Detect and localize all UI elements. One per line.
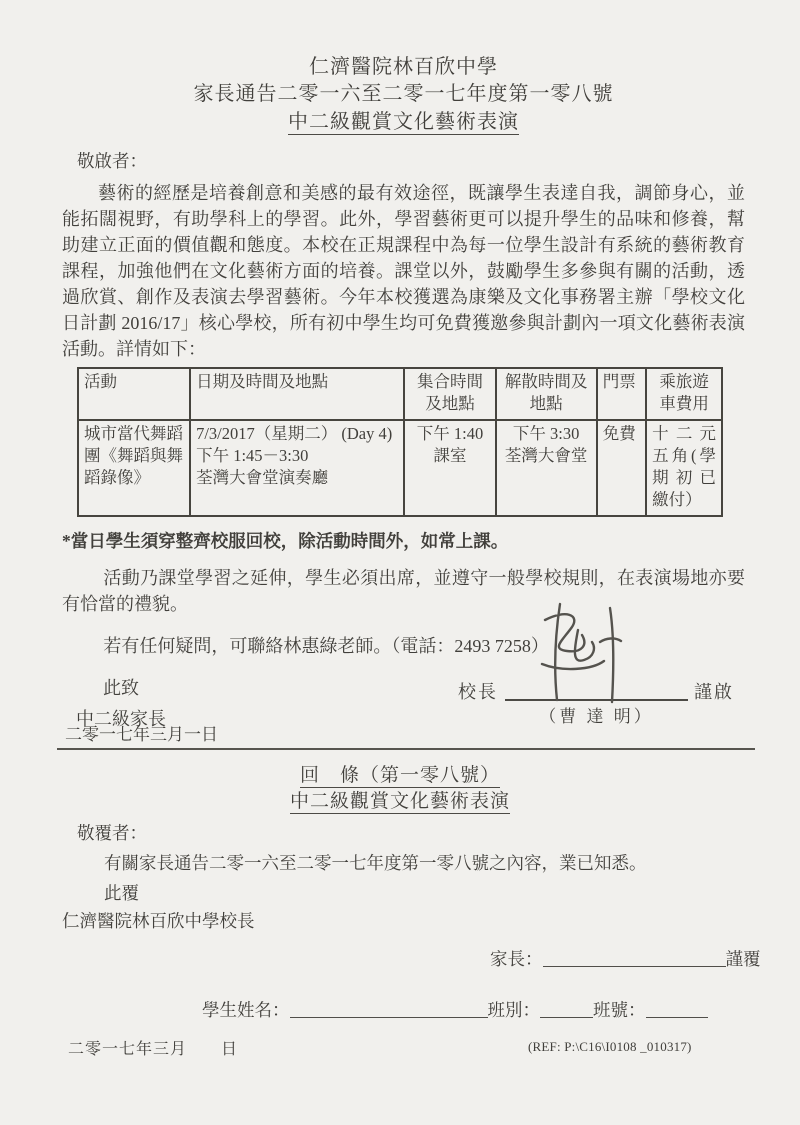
reply-addressee: 仁濟醫院林百欣中學校長 <box>62 908 255 933</box>
col-header-dismissal: 解散時間及地點 <box>496 368 597 420</box>
student-info-row: 學生姓名：班別：班號： <box>202 997 708 1022</box>
reply-slip-subtitle: 中二級觀賞文化藝術表演 <box>0 786 800 813</box>
class-no-blank <box>646 1000 708 1018</box>
col-header-fee: 乘旅遊車費用 <box>646 368 722 420</box>
principal-label: 校長 <box>458 678 498 704</box>
body-paragraph-1: 藝術的經歷是培養創意和美感的最有效途徑，既讓學生表達自我，調節身心，並能拓闊視野… <box>62 180 745 362</box>
col-header-ticket: 門票 <box>597 368 646 420</box>
col-header-activity: 活動 <box>78 368 190 420</box>
file-reference: (REF: P:\C16\I0108 _010317) <box>528 1039 692 1055</box>
col-header-assembly: 集合時間及地點 <box>404 368 495 420</box>
class-label: 班別： <box>488 1000 541 1020</box>
parent-respectfully-label: 謹覆 <box>726 949 761 969</box>
reply-body: 有關家長通告二零一六至二零一七年度第一零八號之內容，業已知悉。 <box>104 850 647 875</box>
reply-closing: 此覆 <box>104 880 139 905</box>
class-no-label: 班號： <box>593 1000 646 1020</box>
student-name-label: 學生姓名： <box>202 1000 290 1020</box>
reply-salutation: 敬覆者： <box>77 820 147 845</box>
reply-date: 二零一七年三月 日 <box>68 1036 238 1059</box>
principal-signature-scribble <box>520 600 645 708</box>
table-row: 城市當代舞蹈團《舞蹈與舞蹈錄像》 7/3/2017（星期二） (Day 4) 下… <box>78 420 722 516</box>
school-name: 仁濟醫院林百欣中學 <box>62 54 745 80</box>
event-details-table: 活動 日期及時間及地點 集合時間及地點 解散時間及地點 門票 乘旅遊車費用 城市… <box>77 367 723 517</box>
col-header-datetime: 日期及時間及地點 <box>190 368 404 420</box>
cell-assembly: 下午 1:40 課室 <box>404 420 495 516</box>
parent-signature-blank <box>543 949 726 967</box>
cell-ticket: 免費 <box>597 420 646 516</box>
parent-signature-row: 家長：謹覆 <box>490 946 761 971</box>
cell-activity: 城市當代舞蹈團《舞蹈與舞蹈錄像》 <box>78 420 190 516</box>
respectfully-label: 謹啟 <box>694 678 734 704</box>
class-blank <box>540 1000 593 1018</box>
cell-dismissal: 下午 3:30 荃灣大會堂 <box>496 420 597 516</box>
student-name-blank <box>290 1000 488 1018</box>
salutation: 敬啟者： <box>77 148 745 173</box>
uniform-note: *當日學生須穿整齊校服回校，除活動時間外，如常上課。 <box>62 528 745 553</box>
notice-date: 二零一七年三月一日 <box>65 725 218 744</box>
scanned-notice-page: 仁濟醫院林百欣中學 家長通告二零一六至二零一七年度第一零八號 中二級觀賞文化藝術… <box>0 0 800 1125</box>
parent-label: 家長： <box>490 949 543 969</box>
cell-datetime: 7/3/2017（星期二） (Day 4) 下午 1:45－3:30 荃灣大會堂… <box>190 420 404 516</box>
table-header-row: 活動 日期及時間及地點 集合時間及地點 解散時間及地點 門票 乘旅遊車費用 <box>78 368 722 420</box>
notice-title: 中二級觀賞文化藝術表演 <box>62 109 745 135</box>
notice-number-line: 家長通告二零一六至二零一七年度第一零八號 <box>62 81 745 107</box>
notice-date-rule: 二零一七年三月一日 <box>57 720 755 750</box>
reply-slip-title: 回 條（第一零八號） <box>0 760 800 787</box>
cell-fee: 十二元五角(學期初已繳付） <box>646 420 722 516</box>
